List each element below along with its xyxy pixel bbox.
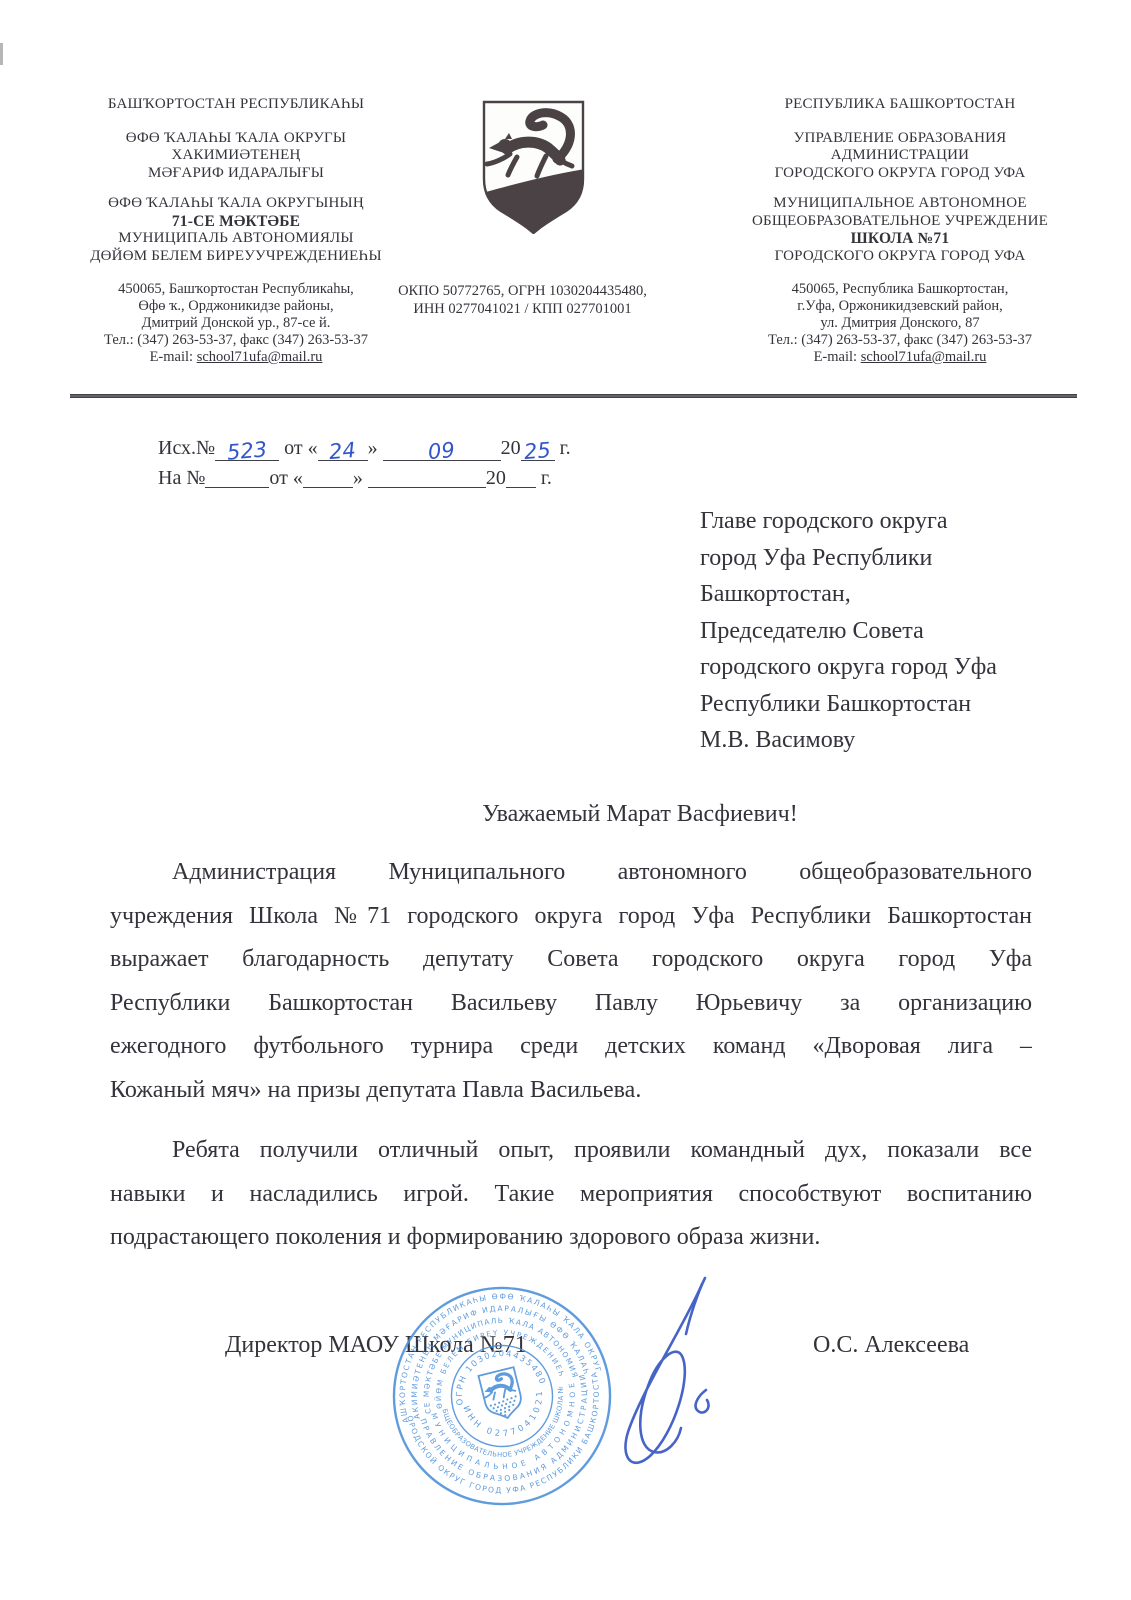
org-line: ОБЩЕОБРАЗОВАТЕЛЬНОЕ УЧРЕЖДЕНИЕ bbox=[722, 213, 1078, 231]
address-line: ул. Дмитрия Донского, 87 bbox=[722, 315, 1078, 332]
body-line: Администрация Муниципального автономного… bbox=[110, 851, 1032, 895]
org-republic-russian: РЕСПУБЛИКА БАШКОРТОСТАН bbox=[722, 96, 1078, 114]
org-line: ДӨЙӨМ БЕЛЕМ БИРЕУУЧРЕЖДЕНИЕҺЫ bbox=[62, 248, 410, 266]
year-prefix: 20 bbox=[501, 437, 521, 459]
body-line: Ребята получили отличный опыт, проявили … bbox=[110, 1129, 1032, 1173]
email-line: E-mail: school71ufa@mail.ru bbox=[722, 349, 1078, 366]
quote-close: » bbox=[368, 437, 383, 459]
incoming-label: На № bbox=[158, 467, 205, 489]
body-line: навыки и насладились игрой. Такие меропр… bbox=[110, 1173, 1032, 1217]
handwritten-outgoing-number: 523 bbox=[226, 434, 269, 467]
recipient-line: Главе городского округа bbox=[700, 503, 1092, 540]
reference-block: Исх.№523 от «24» 092025 г. На №от «» 20 … bbox=[158, 433, 571, 493]
address-line: Өфө ҡ., Орджоникидзе районы, bbox=[62, 298, 410, 315]
handwritten-year: 25 bbox=[523, 435, 552, 467]
outgoing-number-field: 523 bbox=[215, 436, 279, 461]
okpo-ogrn-line: ОКПО 50772765, ОГРН 1030204435480, bbox=[385, 283, 660, 301]
address-line: 450065, Башҡортостан Республикаһы, bbox=[62, 281, 410, 298]
recipient-line: Республики Башкортостан bbox=[700, 686, 1092, 723]
letterhead-divider bbox=[70, 394, 1077, 398]
body-line: Республики Башкортостан Васильеву Павлу … bbox=[110, 982, 1032, 1026]
ufa-coat-of-arms-icon bbox=[477, 97, 590, 234]
recipient-line: Председателю Совета bbox=[700, 613, 1092, 650]
address-line: г.Уфа, Оржоникидзевский район, bbox=[722, 298, 1078, 315]
email-label: E-mail: bbox=[814, 349, 861, 365]
phone-line: Тел.: (347) 263-53-37, факс (347) 263-53… bbox=[62, 332, 410, 349]
handwritten-day: 24 bbox=[328, 435, 357, 467]
body-paragraph-1: Администрация Муниципального автономного… bbox=[110, 851, 1032, 1112]
recipient-name: М.В. Васимову bbox=[700, 722, 1092, 759]
day-field: 24 bbox=[318, 436, 368, 461]
address-line: 450065, Республика Башкортостан, bbox=[722, 281, 1078, 298]
email-address: school71ufa@mail.ru bbox=[861, 349, 987, 365]
month-field: 09 bbox=[383, 436, 501, 461]
org-school-name-russian: ШКОЛА №71 bbox=[722, 230, 1078, 248]
official-stamp: БАШҠОРТОСТАН РЕСПУБЛИКАҺЫ ӨФӨ ҠАЛАҺЫ ҠАЛ… bbox=[388, 1282, 616, 1510]
org-line: МУНИЦИПАЛЬНОЕ АВТОНОМНОЕ bbox=[722, 195, 1078, 213]
authority-line: АДМИНИСТРАЦИИ bbox=[722, 147, 1078, 165]
year-field: 25 bbox=[521, 436, 555, 461]
year-suffix: г. bbox=[555, 437, 571, 459]
body-line: Кожаный мяч» на призы депутата Павла Вас… bbox=[110, 1069, 1032, 1113]
from-label: от « bbox=[269, 467, 302, 489]
recipient-block: Главе городского округа город Уфа Респуб… bbox=[700, 503, 1092, 759]
signer-name: О.С. Алексеева bbox=[813, 1332, 969, 1359]
day-field bbox=[303, 463, 353, 488]
body-line: подрастающего поколения и формированию з… bbox=[110, 1216, 1032, 1260]
incoming-ref-line: На №от «» 20 г. bbox=[158, 463, 571, 493]
letterhead-right-russian: РЕСПУБЛИКА БАШКОРТОСТАН УПРАВЛЕНИЕ ОБРАЗ… bbox=[722, 96, 1078, 265]
authority-line: ГОРОДСКОГО ОКРУГА ГОРОД УФА bbox=[722, 165, 1078, 183]
inn-kpp-line: ИНН 0277041021 / КПП 027701001 bbox=[385, 301, 660, 319]
email-label: E-mail: bbox=[150, 349, 197, 365]
contacts-left: 450065, Башҡортостан Республикаһы, Өфө ҡ… bbox=[62, 281, 410, 366]
authority-line: МӘҒАРИФ ИДАРАЛЫҒЫ bbox=[62, 165, 410, 183]
org-line: ӨФӨ ҠАЛАҺЫ ҠАЛА ОКРУГЫНЫҢ bbox=[62, 195, 410, 213]
body-line: ежегодного футбольного турнира среди дет… bbox=[110, 1025, 1032, 1069]
month-field bbox=[368, 463, 486, 488]
org-republic-bashkir: БАШҠОРТОСТАН РЕСПУБЛИКАҺЫ bbox=[62, 96, 410, 114]
org-line: ГОРОДСКОГО ОКРУГА ГОРОД УФА bbox=[722, 248, 1078, 266]
handwritten-month: 09 bbox=[427, 435, 456, 467]
org-school-name-bashkir: 71-СЕ МӘКТӘБЕ bbox=[62, 213, 410, 231]
email-address: school71ufa@mail.ru bbox=[197, 349, 323, 365]
recipient-line: городского округа город Уфа bbox=[700, 649, 1092, 686]
page: БАШҠОРТОСТАН РЕСПУБЛИКАҺЫ ӨФӨ ҠАЛАҺЫ ҠАЛ… bbox=[0, 0, 1131, 1600]
address-line: Дмитрий Донской ур., 87-се й. bbox=[62, 315, 410, 332]
year-suffix: г. bbox=[536, 467, 552, 489]
authority-line: УПРАВЛЕНИЕ ОБРАЗОВАНИЯ bbox=[722, 130, 1078, 148]
org-codes: ОКПО 50772765, ОГРН 1030204435480, ИНН 0… bbox=[385, 283, 660, 318]
recipient-line: город Уфа Республики bbox=[700, 540, 1092, 577]
year-field bbox=[506, 463, 536, 488]
recipient-line: Башкортостан, bbox=[700, 576, 1092, 613]
body-paragraph-2: Ребята получили отличный опыт, проявили … bbox=[110, 1129, 1032, 1260]
scan-artifact bbox=[0, 43, 3, 65]
stamp-center-emblem bbox=[478, 1367, 525, 1422]
salutation: Уважаемый Марат Васфиевич! bbox=[350, 801, 930, 828]
year-prefix: 20 bbox=[486, 467, 506, 489]
quote-close: » bbox=[353, 467, 368, 489]
body-line: выражает благодарность депутату Совета г… bbox=[110, 938, 1032, 982]
org-line: МУНИЦИПАЛЬ АВТОНОМИЯЛЫ bbox=[62, 230, 410, 248]
body-line: учреждения Школа №71 городского округа г… bbox=[110, 895, 1032, 939]
contacts-right: 450065, Республика Башкортостан, г.Уфа, … bbox=[722, 281, 1078, 366]
letterhead-left-bashkir: БАШҠОРТОСТАН РЕСПУБЛИКАҺЫ ӨФӨ ҠАЛАҺЫ ҠАЛ… bbox=[62, 96, 410, 265]
handwritten-signature bbox=[586, 1270, 746, 1500]
outgoing-label: Исх.№ bbox=[158, 437, 215, 459]
authority-line: ХАКИМИӘТЕНЕҢ bbox=[62, 147, 410, 165]
from-label: от « bbox=[279, 437, 317, 459]
outgoing-ref-line: Исх.№523 от «24» 092025 г. bbox=[158, 433, 571, 463]
email-line: E-mail: school71ufa@mail.ru bbox=[62, 349, 410, 366]
phone-line: Тел.: (347) 263-53-37, факс (347) 263-53… bbox=[722, 332, 1078, 349]
authority-line: ӨФӨ ҠАЛАҺЫ ҠАЛА ОКРУГЫ bbox=[62, 130, 410, 148]
